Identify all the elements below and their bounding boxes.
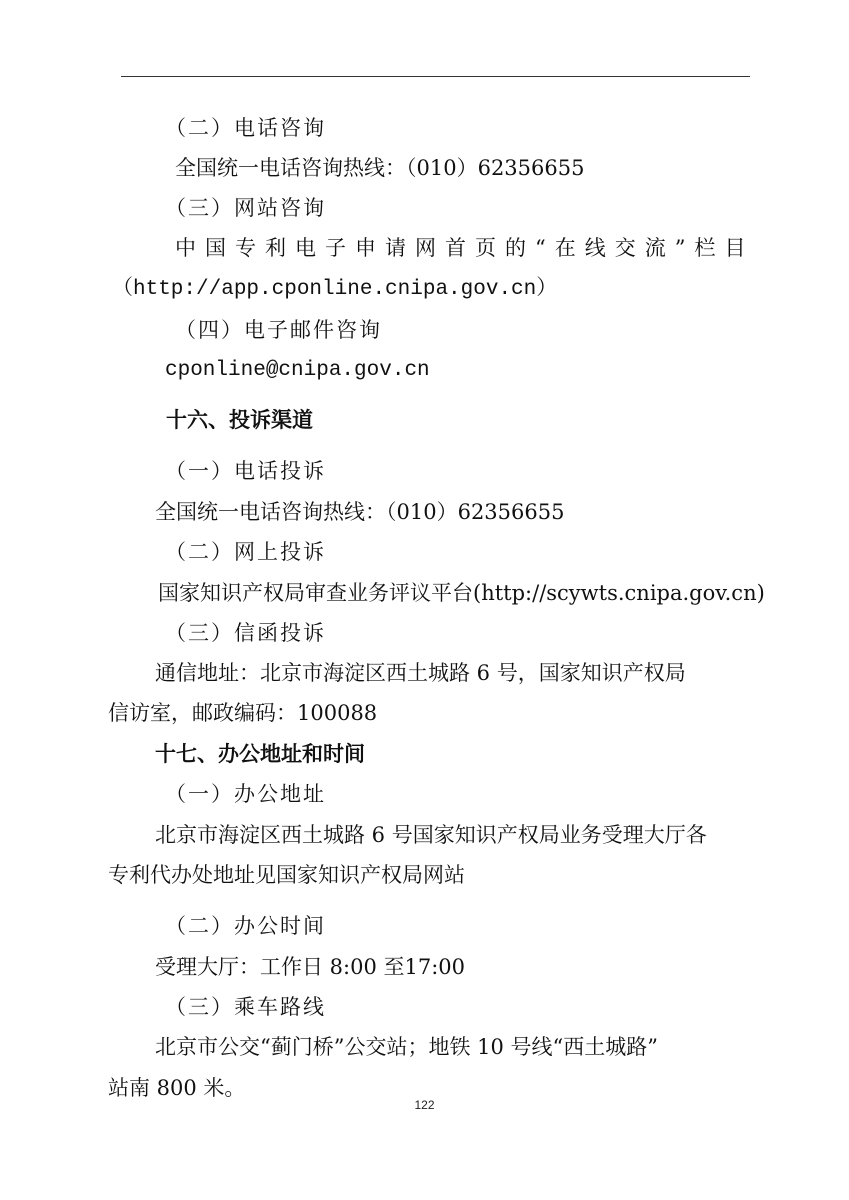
subheading-office-hours: （二）办公时间	[165, 913, 326, 939]
subheading-transport: （三）乘车路线	[165, 994, 326, 1020]
website-consultation-text: 中国专利电子申请网首页的“在线交流”栏目	[175, 235, 754, 261]
office-address-line1: 北京市海淀区西土城路 6 号国家知识产权局业务受理大厅各	[155, 822, 707, 848]
section-heading-office: 十七、办公地址和时间	[155, 741, 365, 767]
email-address[interactable]: cponline@cnipa.gov.cn	[165, 358, 430, 384]
section-heading-complaints: 十六、投诉渠道	[166, 407, 313, 433]
subheading-online-complaint: （二）网上投诉	[165, 539, 326, 565]
subheading-email-consultation: （四）电子邮件咨询	[175, 317, 382, 343]
subheading-phone-consultation: （二）电话咨询	[165, 115, 326, 141]
subheading-letter-complaint: （三）信函投诉	[165, 620, 326, 646]
header-rule	[121, 76, 750, 77]
complaint-hotline-text: 全国统一电话咨询热线：（010）62356655	[155, 499, 564, 525]
mailing-address-line2: 信访室，邮政编码：100088	[108, 700, 377, 726]
office-address-line2: 专利代办处地址见国家知识产权局网站	[108, 862, 465, 888]
phone-hotline-text: 全国统一电话咨询热线：（010）62356655	[175, 155, 584, 181]
online-complaint-platform: 国家知识产权局审查业务评议平台(http://scywts.cnipa.gov.…	[158, 580, 765, 606]
mailing-address-line1: 通信地址：北京市海淀区西土城路 6 号，国家知识产权局	[155, 660, 686, 686]
page-number: 122	[0, 1098, 849, 1112]
website-url[interactable]: （http://app.cponline.cnipa.gov.cn）	[112, 277, 557, 303]
subheading-phone-complaint: （一）电话投诉	[165, 458, 326, 484]
subheading-website-consultation: （三）网站咨询	[165, 195, 326, 221]
transport-line1: 北京市公交“蓟门桥”公交站；地铁 10 号线“西土城路”	[155, 1034, 658, 1060]
office-hours-text: 受理大厅：工作日 8:00 至17:00	[155, 954, 465, 980]
subheading-office-address: （一）办公地址	[165, 781, 326, 807]
document-page: （二）电话咨询 全国统一电话咨询热线：（010）62356655 （三）网站咨询…	[0, 0, 849, 1200]
